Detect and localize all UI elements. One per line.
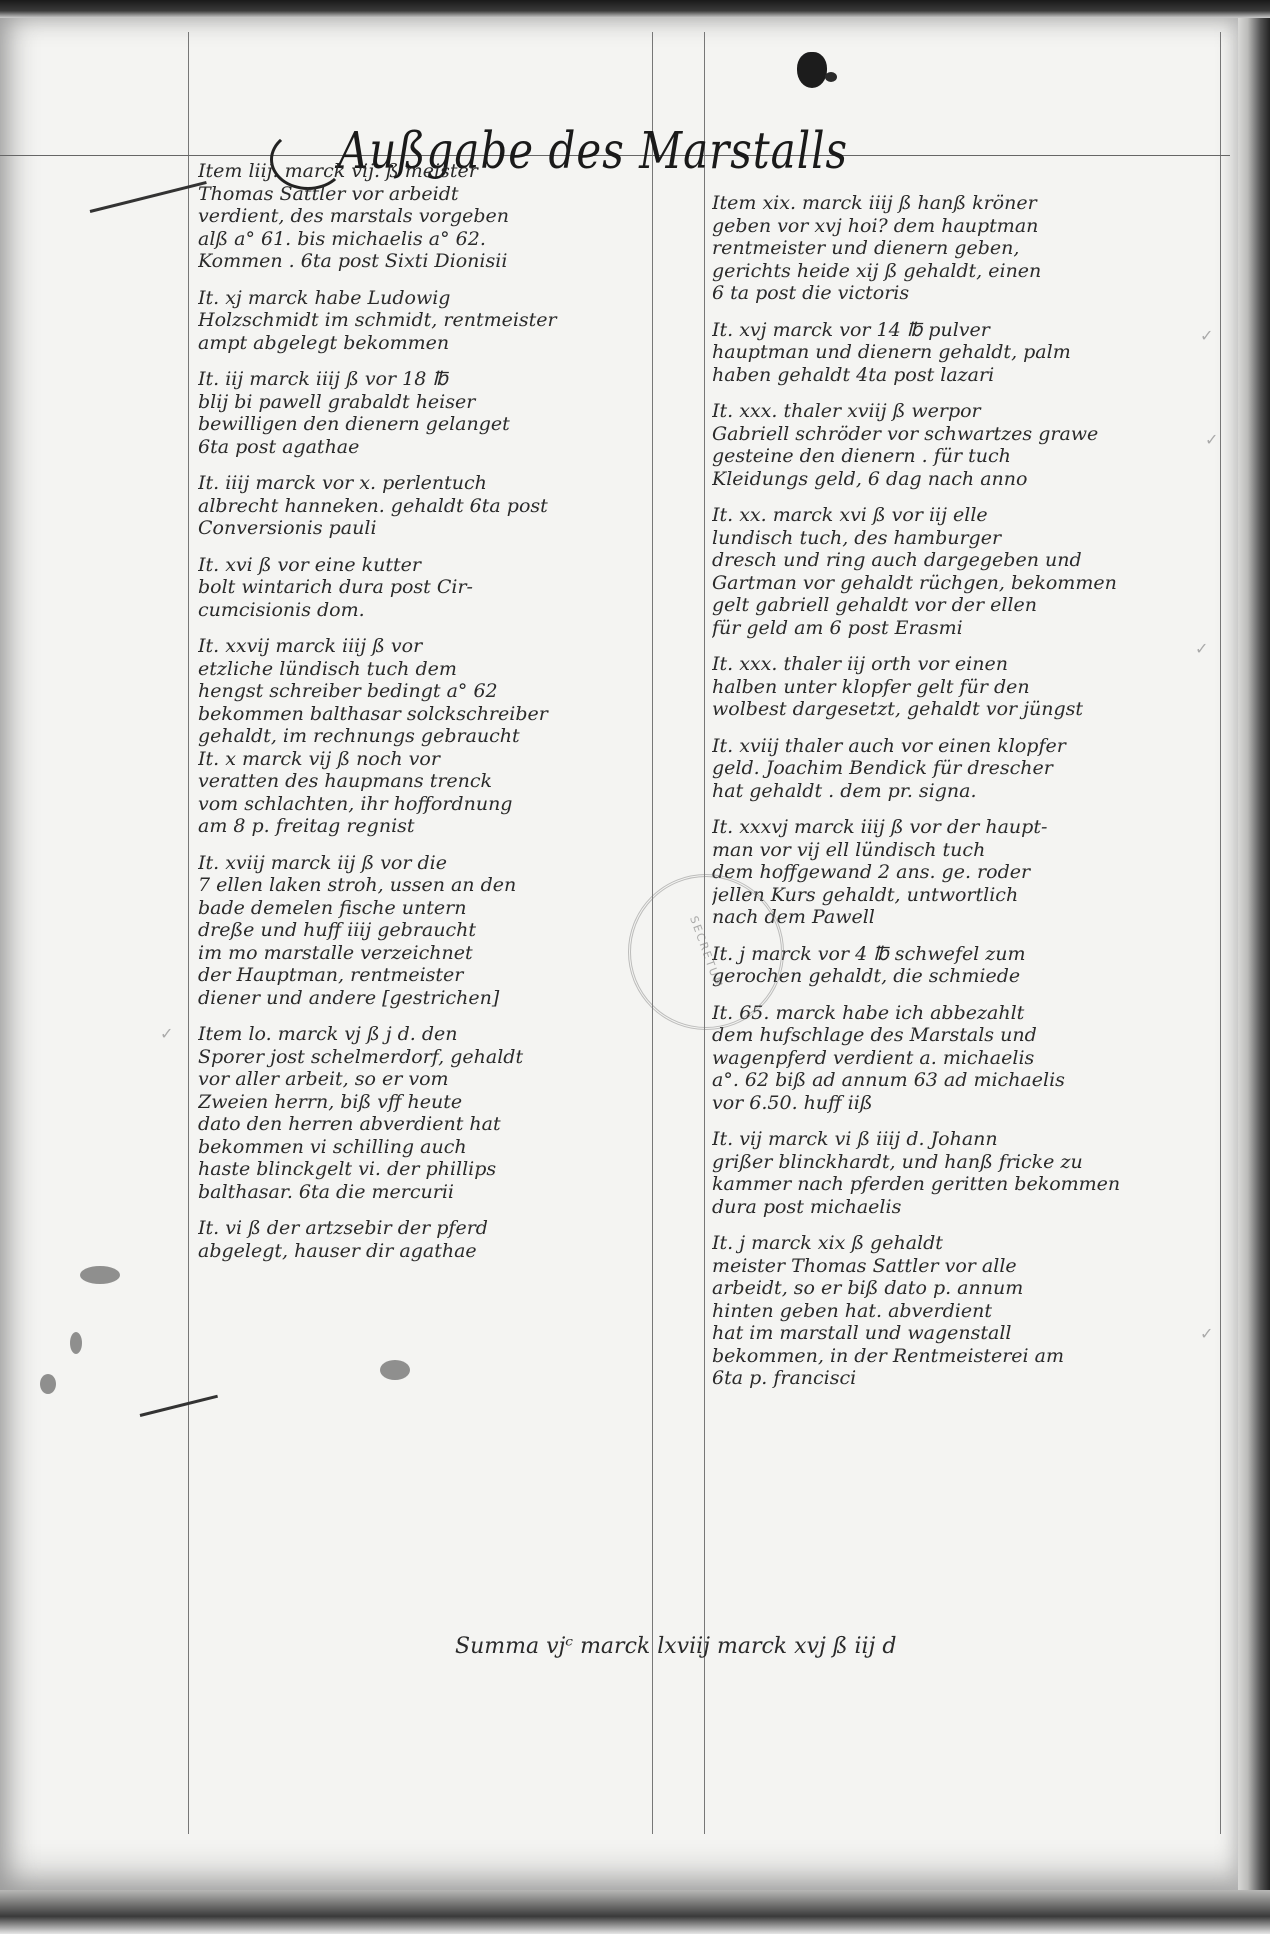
entry: It. j marck vor 4 ℔ schwefel zum geroche… xyxy=(712,943,1217,988)
entry: It. vi ß der artzsebir der pferd abgeleg… xyxy=(198,1217,648,1262)
ink-smudge xyxy=(40,1374,56,1394)
book-binding-edge xyxy=(1238,0,1270,1934)
entry: It. xj marck habe Ludowig Holzschmidt im… xyxy=(198,287,648,355)
checkmark-icon: ✓ xyxy=(1205,430,1218,449)
right-column: Item xix. marck iiij ß hanß kröner geben… xyxy=(712,192,1217,1404)
entry: It. iiij marck vor x. perlentuch albrech… xyxy=(198,472,648,540)
entry: It. xxx. thaler iij orth vor einen halbe… xyxy=(712,653,1217,721)
entry: It. 65. marck habe ich abbezahlt dem huf… xyxy=(712,1002,1217,1115)
checkmark-icon: ✓ xyxy=(1200,1324,1213,1343)
entry: It. xvj marck vor 14 ℔ pulver hauptman u… xyxy=(712,319,1217,387)
entry: It. xxxvj marck iiij ß vor der haupt- ma… xyxy=(712,816,1217,929)
entry: Item lo. marck vj ß j d. den Sporer jost… xyxy=(198,1023,648,1203)
entry: It. j marck xix ß gehaldt meister Thomas… xyxy=(712,1232,1217,1390)
entry: It. xvi ß vor eine kutter bolt wintarich… xyxy=(198,554,648,622)
entry: It. xx. marck xvi ß vor iij elle lundisc… xyxy=(712,504,1217,639)
checkmark-icon: ✓ xyxy=(1200,326,1213,345)
entry: It. vij marck vi ß iiij d. Johann grißer… xyxy=(712,1128,1217,1218)
page-top-edge xyxy=(0,0,1270,18)
ink-blot xyxy=(797,52,827,88)
manuscript-page: Außgabe des Marstalls Item liij. marck v… xyxy=(0,14,1238,1894)
ink-smudge xyxy=(380,1360,410,1380)
entry: It. xviij marck iij ß vor die 7 ellen la… xyxy=(198,852,648,1010)
entry: It. iij marck iiij ß vor 18 ℔ blij bi pa… xyxy=(198,368,648,458)
ink-smudge xyxy=(80,1266,120,1284)
left-column: Item liij. marck vij. ß meister Thomas S… xyxy=(198,160,648,1276)
entry-marker-stroke xyxy=(90,181,207,213)
ink-blot xyxy=(825,72,837,82)
checkmark-icon: ✓ xyxy=(1195,639,1208,658)
ruling-line-right-margin xyxy=(1220,32,1221,1834)
entry: Item liij. marck vij. ß meister Thomas S… xyxy=(198,160,648,273)
entry-marker-stroke xyxy=(140,1395,218,1417)
ruling-line-left-margin xyxy=(188,32,189,1834)
entry: Item xix. marck iiij ß hanß kröner geben… xyxy=(712,192,1217,305)
checkmark-icon: ✓ xyxy=(160,1024,173,1043)
page-bottom-edge xyxy=(0,1890,1270,1934)
entry: It. xxvij marck iiij ß vor etzliche lünd… xyxy=(198,635,648,838)
total-sum: Summa vjᶜ marck lxviij marck xvj ß iij d xyxy=(455,1634,896,1659)
archive-stamp: SECRETUM xyxy=(628,874,784,1030)
entry: It. xxx. thaler xviij ß werpor Gabriell … xyxy=(712,400,1217,490)
ink-smudge xyxy=(70,1332,82,1354)
entry: It. xviij thaler auch vor einen klopfer … xyxy=(712,735,1217,803)
